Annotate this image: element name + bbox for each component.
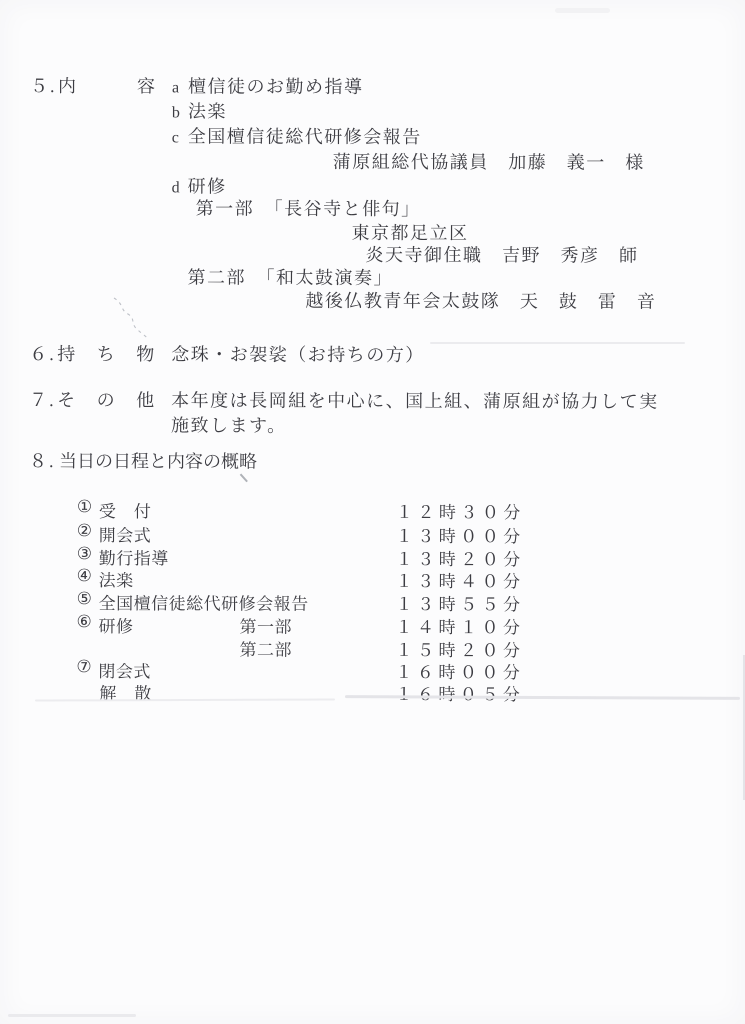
section-8-header: ８. 当日の日程と内容の概略 [0, 447, 744, 473]
row-time: １２時３０分 [396, 498, 525, 523]
schedule-row-opening: ② 開会式 １３時００分 [0, 521, 744, 545]
section-8-title: 当日の日程と内容の概略 [59, 447, 257, 474]
item-b-text: 法楽 [188, 101, 227, 121]
content-item-c: c全国檀信徒総代研修会報告 [172, 122, 422, 149]
item-c-marker: c [172, 129, 188, 147]
section-6-label: 持 ち 物 [57, 340, 154, 366]
row-time: １３時５５分 [396, 590, 525, 615]
row-label: 研修 [99, 612, 134, 637]
section-7-number: ７. [29, 386, 56, 412]
schedule-row-training-part1: ⑥ 研修 第一部 １４時１０分 [0, 612, 744, 636]
item-a-text: 檀信徒のお勤め指導 [188, 76, 364, 96]
row-marker: ⑦ [76, 657, 91, 677]
section-6-label-char-1: 持 [57, 340, 75, 366]
content-item-b: b法楽 [172, 97, 227, 123]
item-a-marker: a [172, 79, 188, 97]
section-7-line1: 本年度は長岡組を中心に、国上組、蒲原組が協力して実 [171, 386, 659, 413]
row-label: 解 散 [99, 679, 152, 704]
section-6-label-char-2: ち [97, 340, 115, 366]
row-sub: 第一部 [240, 613, 293, 638]
item-c-presenter: 蒲原組総代協議員 加藤 義一 様 [333, 148, 645, 175]
row-label: 開会式 [99, 521, 152, 546]
schedule-row-dismissal: 解 散 １６時０５分 [0, 679, 743, 703]
part1-speaker: 炎天寺御住職 吉野 秀彦 師 [365, 241, 638, 268]
schedule-row-training-part2: 第二部 １５時２０分 [0, 635, 744, 659]
row-marker: ③ [77, 544, 92, 564]
schedule-row-closing: ⑦ 閉会式 １６時００分 [0, 657, 743, 681]
section-7-label-char-2: の [97, 386, 115, 412]
section-7-label-char-3: 他 [136, 386, 154, 412]
item-b-marker: b [172, 104, 188, 122]
section-6-label-char-3: 物 [136, 340, 154, 366]
section-8-number: ８. [29, 447, 56, 473]
content-item-a: a檀信徒のお勤め指導 [172, 72, 364, 99]
section-5-header: ５. 内 容 [0, 72, 745, 98]
section-7-line2: 施致します。 [171, 411, 287, 437]
row-marker: ⑤ [77, 589, 92, 609]
row-time: １６時０５分 [395, 680, 524, 705]
row-marker: ⑥ [77, 612, 92, 632]
row-marker: ④ [77, 566, 92, 586]
schedule-row-gongyo: ③ 勤行指導 １３時２０分 [0, 544, 744, 568]
schedule-row-horaku: ④ 法楽 １３時４０分 [0, 566, 744, 590]
section-5-label: 内 容 [58, 72, 155, 98]
section-7-label-char-1: そ [57, 386, 75, 412]
section-5-label-char-2: 容 [137, 72, 155, 98]
row-label: 受 付 [99, 497, 152, 522]
schedule-row-reception: ① 受 付 １２時３０分 [0, 497, 744, 521]
row-time: １３時４０分 [396, 567, 525, 592]
part2-performer: 越後仏教青年会太鼓隊 天 鼓 雷 音 [305, 287, 656, 314]
document-content: ５. 内 容 a檀信徒のお勤め指導 b法楽 c全国檀信徒総代研修会報告 蒲原組総… [0, 0, 745, 1024]
section-6-text: 念珠・お袈裟（お持ちの方） [171, 340, 425, 367]
item-c-text: 全国檀信徒総代研修会報告 [188, 126, 422, 147]
scanned-document: ５. 内 容 a檀信徒のお勤め指導 b法楽 c全国檀信徒総代研修会報告 蒲原組総… [0, 0, 745, 1024]
part1-title: 第一部 「長谷寺と俳句」 [196, 194, 421, 221]
section-6-number: ６. [29, 340, 56, 366]
schedule-row-report: ⑤ 全国檀信徒総代研修会報告 １３時５５分 [0, 589, 744, 613]
section-5-label-char-1: 内 [58, 72, 76, 98]
row-label: 法楽 [99, 566, 134, 591]
section-7-label: そ の 他 [57, 386, 154, 412]
row-time: １４時１０分 [396, 613, 525, 638]
row-label: 全国檀信徒総代研修会報告 [99, 589, 309, 615]
row-marker: ① [77, 497, 92, 517]
item-d-marker: d [172, 179, 188, 197]
row-time: １３時００分 [396, 522, 525, 547]
section-5-number: ５. [30, 72, 57, 98]
row-marker: ② [77, 521, 92, 541]
